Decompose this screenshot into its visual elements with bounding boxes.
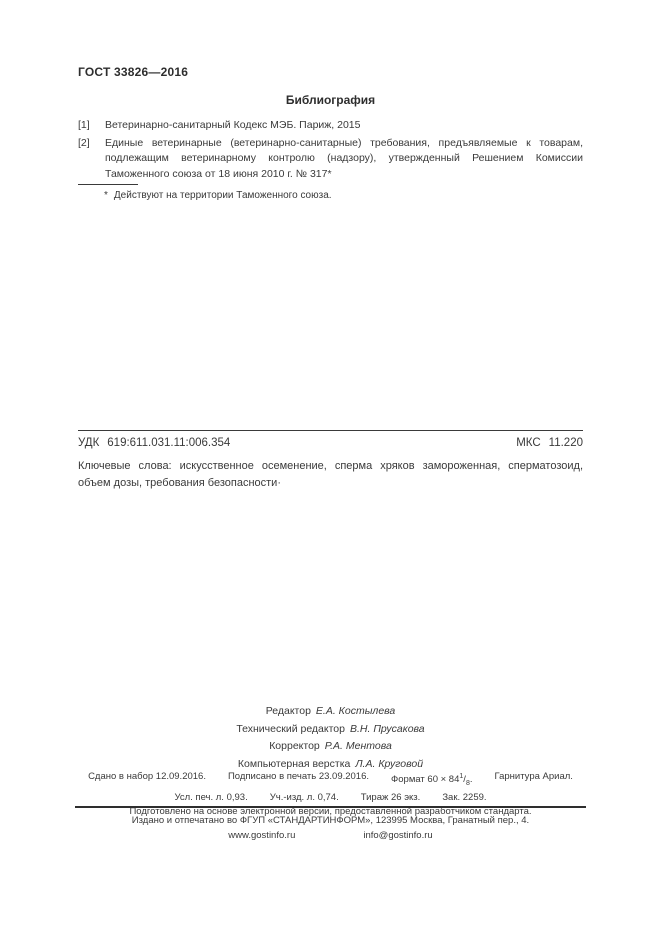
udk-value: 619:611.031.11:006.354 [107,437,230,449]
reference-number: [1] [78,118,105,134]
reference-text: Единые ветеринарные (ветеринарно-санитар… [105,136,583,183]
imprint-circulation: Тираж 26 экз. [361,791,421,805]
classification-row: УДК619:611.031.11:006.354 МКС11.220 [78,437,583,449]
imprint-pub-sheets: Уч.-изд. л. 0,74. [270,791,339,805]
imprint-print-date: Подписано в печать 23.09.2016. [228,770,369,791]
credit-role: Компьютерная верстка [238,758,350,770]
doc-number: ГОСТ 33826—2016 [78,65,188,79]
credit-line: КорректорР.А. Ментова [0,738,661,756]
imprint-block: Сдано в набор 12.09.2016. Подписано в пе… [0,770,661,819]
footnote-divider [78,184,138,185]
publisher-contacts: www.gostinfo.ru info@gostinfo.ru [0,830,661,841]
credit-name: Е.А. Костылева [316,705,395,717]
publisher-line: Издано и отпечатано во ФГУП «СТАНДАРТИНФ… [0,815,661,826]
credit-line: РедакторЕ.А. Костылева [0,703,661,721]
publisher-email: info@gostinfo.ru [363,830,432,841]
imprint-press-sheets: Усл. печ. л. 0,93. [174,791,247,805]
reference-text: Ветеринарно-санитарный Кодекс МЭБ. Париж… [105,118,583,134]
imprint-format: Формат 60 × 841/8. [391,770,472,791]
footnote-text: Действуют на территории Таможенного союз… [114,190,332,201]
credit-role: Редактор [266,705,311,717]
udk-code: УДК619:611.031.11:006.354 [78,437,230,449]
reference-item: [2] Единые ветеринарные (ветеринарно-сан… [78,136,583,183]
classification-divider [78,430,583,431]
reference-list: [1] Ветеринарно-санитарный Кодекс МЭБ. П… [78,118,583,184]
document-page: ГОСТ 33826—2016 Библиография [1] Ветерин… [0,0,661,936]
imprint-line-1: Сдано в набор 12.09.2016. Подписано в пе… [0,770,661,791]
udk-label: УДК [78,437,99,449]
imprint-order-number: Зак. 2259. [442,791,486,805]
section-title: Библиография [0,93,661,107]
credit-role: Технический редактор [236,723,345,735]
mks-value: 11.220 [549,437,583,449]
imprint-typeface: Гарнитура Ариал. [494,770,572,791]
reference-item: [1] Ветеринарно-санитарный Кодекс МЭБ. П… [78,118,583,134]
credit-name: Р.А. Ментова [325,740,392,752]
footnote-marker: * [104,190,108,201]
credits-block: РедакторЕ.А. Костылева Технический редак… [0,703,661,773]
credit-line: Технический редакторВ.Н. Прусакова [0,721,661,739]
credit-name: В.Н. Прусакова [350,723,425,735]
credit-name: Л.А. Круговой [355,758,423,770]
publisher-divider [75,806,586,808]
imprint-line-2: Усл. печ. л. 0,93. Уч.-изд. л. 0,74. Тир… [0,791,661,805]
mks-code: МКС11.220 [516,437,583,449]
mks-label: МКС [516,437,540,449]
reference-number: [2] [78,136,105,183]
keywords-paragraph: Ключевые слова: искусственное осеменение… [78,458,583,491]
footnote: *Действуют на территории Таможенного сою… [104,190,564,201]
credit-role: Корректор [269,740,320,752]
imprint-typeset-date: Сдано в набор 12.09.2016. [88,770,206,791]
publisher-website: www.gostinfo.ru [228,830,295,841]
